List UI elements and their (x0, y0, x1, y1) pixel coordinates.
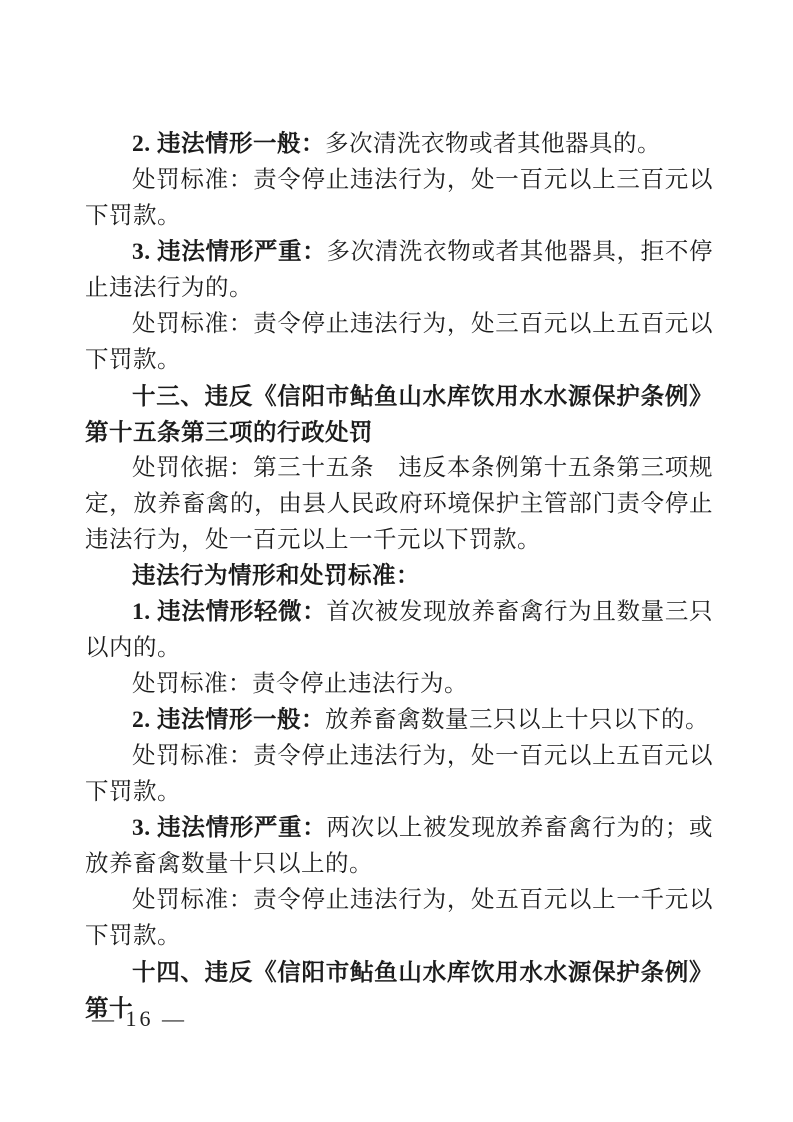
paragraph: 2. 违法情形一般：多次清洗衣物或者其他器具的。 (85, 126, 713, 162)
item-text: 多次清洗衣物或者其他器具的。 (325, 131, 661, 157)
item-label: 3. 违法情形严重： (132, 239, 326, 265)
page-number: — 16 — (92, 1006, 187, 1031)
paragraph: 处罚标准：责令停止违法行为，处五百元以上一千元以下罚款。 (85, 882, 713, 954)
paragraph: 3. 违法情形严重：两次以上被发现放养畜禽行为的；或放养畜禽数量十只以上的。 (85, 810, 713, 882)
item-label: 3. 违法情形严重： (132, 815, 326, 841)
paragraph: 处罚依据：第三十五条 违反本条例第十五条第三项规定，放养畜禽的，由县人民政府环境… (85, 450, 713, 558)
paragraph: 1. 违法情形轻微：首次被发现放养畜禽行为且数量三只以内的。 (85, 594, 713, 666)
paragraph: 3. 违法情形严重：多次清洗衣物或者其他器具，拒不停止违法行为的。 (85, 234, 713, 306)
document-body: 2. 违法情形一般：多次清洗衣物或者其他器具的。处罚标准：责令停止违法行为，处一… (85, 126, 713, 1026)
paragraph: 处罚标准：责令停止违法行为，处一百元以上三百元以下罚款。 (85, 162, 713, 234)
page-footer: — 16 — (92, 1004, 187, 1034)
page: { "document": { "paragraphs": [ { "type"… (0, 0, 793, 1122)
item-label: 1. 违法情形轻微： (132, 599, 326, 625)
paragraph: 处罚标准：责令停止违法行为。 (85, 666, 713, 702)
item-text: 放养畜禽数量三只以上十只以下的。 (325, 707, 709, 733)
section-heading: 十三、违反《信阳市鲇鱼山水库饮用水水源保护条例》第十五条第三项的行政处罚 (85, 378, 713, 450)
item-label: 2. 违法情形一般： (132, 707, 325, 733)
paragraph: 处罚标准：责令停止违法行为，处一百元以上五百元以下罚款。 (85, 738, 713, 810)
paragraph: 2. 违法情形一般：放养畜禽数量三只以上十只以下的。 (85, 702, 713, 738)
document-sheet: 2. 违法情形一般：多次清洗衣物或者其他器具的。处罚标准：责令停止违法行为，处一… (0, 0, 793, 1122)
sub-heading: 违法行为情形和处罚标准： (85, 558, 713, 594)
item-label: 2. 违法情形一般： (132, 131, 325, 157)
paragraph: 处罚标准：责令停止违法行为，处三百元以上五百元以下罚款。 (85, 306, 713, 378)
